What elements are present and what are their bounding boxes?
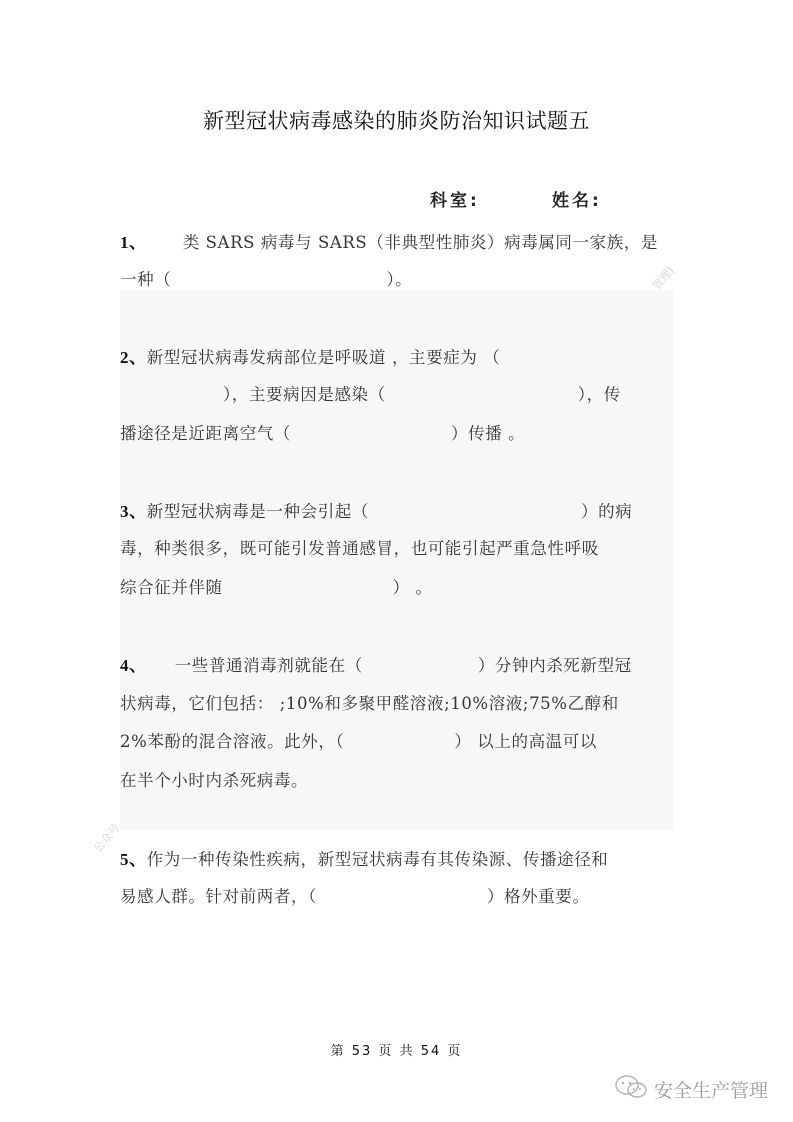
question-4-line-2: 状病毒，它们包括： ;10%和多聚甲醛溶液;10%溶液;75%乙醇和 (120, 690, 675, 714)
question-3-line-3: 综合征并伴随） 。 (120, 574, 675, 598)
question-3-line-2: 毒，种类很多，既可能引发普通感冒，也可能引起严重急性呼吸 (120, 535, 675, 559)
question-3-line-1: 3、新型冠状病毒是一种会引起（）的病 (120, 497, 675, 522)
question-2-line-3: 播途径是近距离空气（）传播 。 (120, 420, 675, 444)
question-5-line-2: 易感人群。针对前两者，（）格外重要。 (120, 883, 675, 907)
question-4-line-3: 2%苯酚的混合溶液。此外，（） 以上的高温可以 (120, 728, 675, 752)
department-label: 科室: (430, 186, 480, 211)
question-5-line-1: 5、作为一种传染性疾病，新型冠状病毒有其传染源、传播途径和 (120, 845, 675, 870)
brand-name: 安全生产管理 (654, 1076, 768, 1103)
watermark-faint-bottom: 公众号 (90, 820, 123, 856)
wechat-icon (614, 1074, 648, 1105)
watermark-brand: 安全生产管理 (614, 1074, 768, 1105)
question-1-line-1: 1、类 SARS 病毒与 SARS（非典型性肺炎）病毒属同一家族，是 (120, 228, 675, 253)
question-2-line-1: 2、新型冠状病毒发病部位是呼吸道 ，主要症为 （ (120, 343, 675, 368)
document-title: 新型冠状病毒感染的肺炎防治知识试题五 (0, 105, 793, 135)
question-1-line-2: 一种（）。 (120, 266, 675, 290)
question-2-line-2: ），主要病因是感染（），传 (120, 381, 675, 405)
question-4-line-1: 4、一些普通消毒剂就能在（）分钟内杀死新型冠 (120, 651, 675, 676)
page-number: 第 53 页 共 54 页 (0, 1040, 793, 1059)
question-4-line-4: 在半个小时内杀死病毒。 (120, 767, 675, 791)
name-label: 姓名: (552, 186, 602, 211)
